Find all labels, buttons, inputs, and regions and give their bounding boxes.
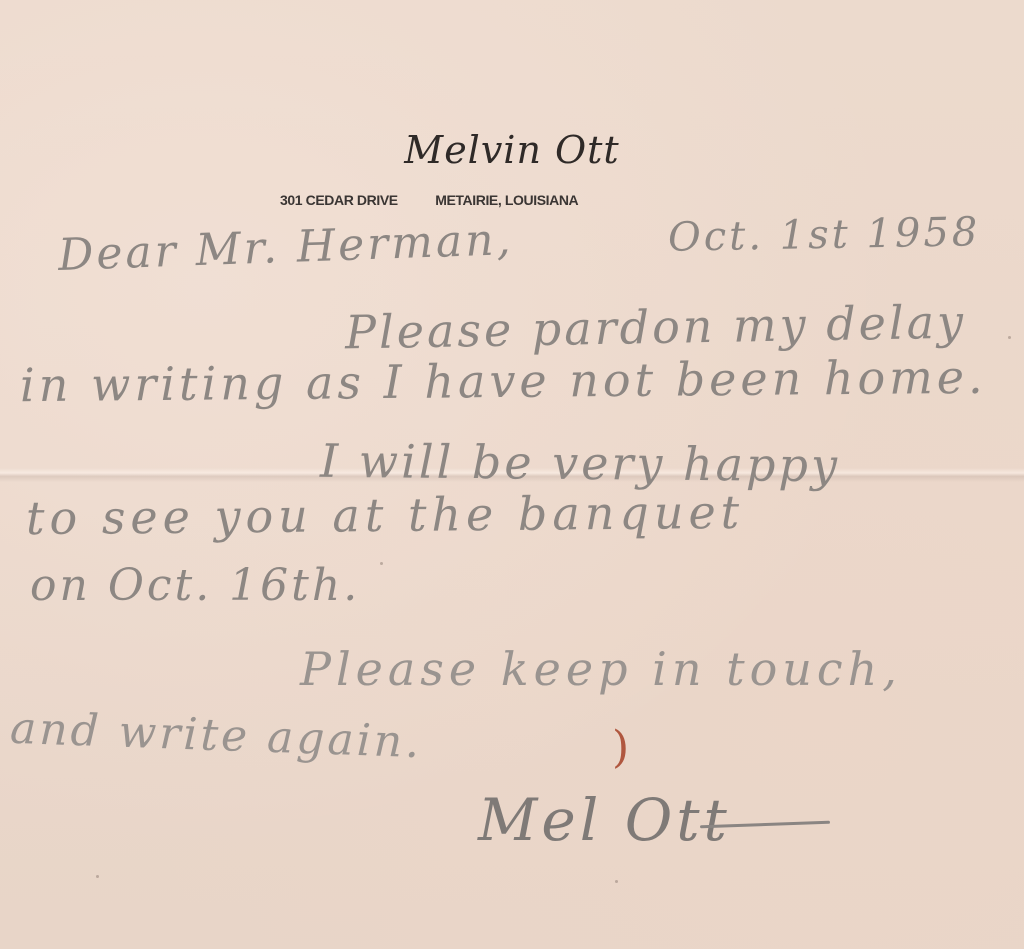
red-pencil-mark: ): [612, 722, 629, 773]
letterhead-name: Melvin Ott: [0, 128, 1024, 172]
body-line: I will be very happy: [320, 434, 840, 493]
body-line: Please keep in touch,: [300, 642, 902, 696]
body-line: in writing as I have not been home.: [20, 350, 987, 412]
letter-date: Oct. 1st 1958: [668, 209, 981, 260]
paper-speck: [380, 562, 383, 565]
paper-speck: [615, 880, 618, 883]
letter-page: Melvin Ott 301 CEDAR DRIVE METAIRIE, LOU…: [0, 0, 1024, 949]
letter-salutation: Dear Mr. Herman,: [57, 214, 514, 281]
body-line: and write again.: [9, 703, 423, 768]
paper-speck: [96, 875, 99, 878]
body-line: to see you at the banquet: [26, 485, 745, 545]
body-line: Please pardon my delay: [345, 295, 967, 360]
letterhead-city: METAIRIE, LOUISIANA: [435, 192, 578, 208]
letterhead-street: 301 CEDAR DRIVE: [280, 192, 398, 208]
body-line: on Oct. 16th.: [30, 560, 360, 611]
paper-speck: [1008, 336, 1011, 339]
letterhead-address: 301 CEDAR DRIVE METAIRIE, LOUISIANA: [280, 192, 578, 208]
signature: Mel Ott: [478, 786, 731, 854]
